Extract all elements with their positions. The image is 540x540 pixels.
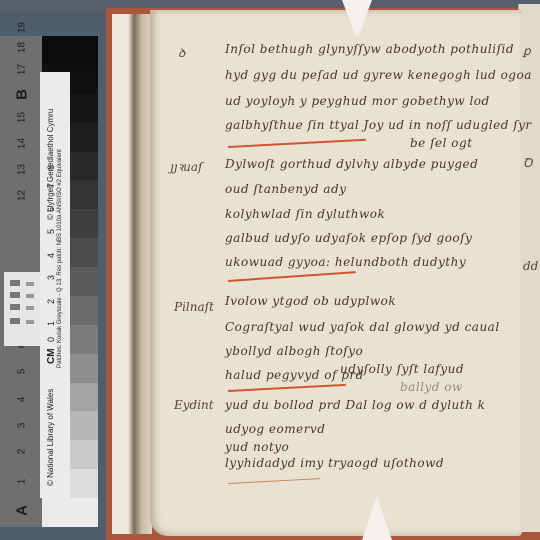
ruler-mark: 3 <box>46 275 56 280</box>
scale-number: 3 <box>17 416 28 436</box>
facing-page-mark: Ꝺ <box>523 154 532 171</box>
text-line: hyd gyg du peſad ud gyrew kenegogh lud o… <box>225 68 532 82</box>
target-label: © Llyfrgell Genedlaethol Cymru © Nationa… <box>40 72 70 498</box>
scale-number: 5 <box>17 362 28 382</box>
ruler-mark: 4 <box>46 253 56 258</box>
text-line: ybollyd albogh ſtoſyo <box>225 344 363 358</box>
text-line: Ivolow ytgod ob udyplwok <box>225 294 396 308</box>
text-line: yud du bollod prd Dal log ow d dyluth k <box>225 398 485 412</box>
scale-number: 1 <box>17 472 28 492</box>
scale-number: 13 <box>17 160 28 180</box>
text-line: oud ſtanbenyd ady <box>225 182 347 196</box>
ruler-unit: CM <box>46 348 57 364</box>
facing-page-mark: ꝑ <box>523 44 531 58</box>
margin-note: Pilnaſt <box>174 300 214 314</box>
text-line: ukowuad gyyoa: helundboth dudythy <box>225 255 466 269</box>
text-line: lyyhidadyd imy tryaogd uſothowd <box>225 456 444 470</box>
margin-note: ȷȷꝛuaſ <box>170 158 202 175</box>
text-line: galbud udyſo udyaſok epſop ſyd gooſy <box>225 231 472 245</box>
text-line: be ſel ogt <box>410 136 473 150</box>
text-line: Dylwoſt gorthud dylvhy albyde puyged <box>225 157 478 171</box>
text-line: kolyhwlad ſin dyluthwok <box>225 207 385 221</box>
text-line: Inſol bethugh glynyſſyw abodyoth pothuli… <box>225 42 514 56</box>
scale-letter-a: A <box>14 501 31 521</box>
scale-number: 19 <box>17 18 28 38</box>
scale-number: 15 <box>17 108 28 128</box>
ruler-mark: 7 <box>46 183 56 188</box>
ruler-mark: 5 <box>46 229 56 234</box>
scale-number: 12 <box>17 186 28 206</box>
scale-number: 18 <box>17 38 28 58</box>
scale-number: 2 <box>17 442 28 462</box>
color-calibration-target: A 1 2 3 4 5 6 M 8 12 13 14 15 B 17 18 19 <box>0 36 98 527</box>
scale-number: 17 <box>17 60 28 80</box>
margin-note: Eydint <box>174 398 214 412</box>
ruler-mark: 8 <box>46 165 56 170</box>
resolution-patch <box>4 272 40 346</box>
text-line: udyog eomervd <box>225 422 325 436</box>
text-line: halud pegyvyd of prd <box>225 368 364 382</box>
scale-number: 14 <box>17 134 28 154</box>
text-line: yud notyo <box>225 440 289 454</box>
page-edges <box>112 14 152 534</box>
label-english: © National Library of Wales <box>46 389 55 486</box>
scale-number: 4 <box>17 390 28 410</box>
patch-caption: Patches: Kodak Greyscale - Q 13. Res pat… <box>57 149 63 368</box>
text-line: galbhyſthue ſin ttyal Joy ud in noſſ udu… <box>225 118 532 132</box>
text-line: Cograſtyal wud yaſok dal glowyd yd caual <box>225 320 500 334</box>
text-line: ud yoyloyh y peyghud mor gobethyw lod <box>225 94 490 108</box>
ruler-mark: 6 <box>46 207 56 212</box>
ruler-mark: 2 <box>46 299 56 304</box>
scale-letter-b: B <box>14 85 31 105</box>
ruler-mark: 0 <box>46 337 56 342</box>
facing-page-mark: dd <box>523 259 538 273</box>
ruler-mark: 1 <box>46 321 56 326</box>
text-line-faint: ballyd ow <box>400 380 463 394</box>
margin-note: ꝺ <box>178 44 185 61</box>
